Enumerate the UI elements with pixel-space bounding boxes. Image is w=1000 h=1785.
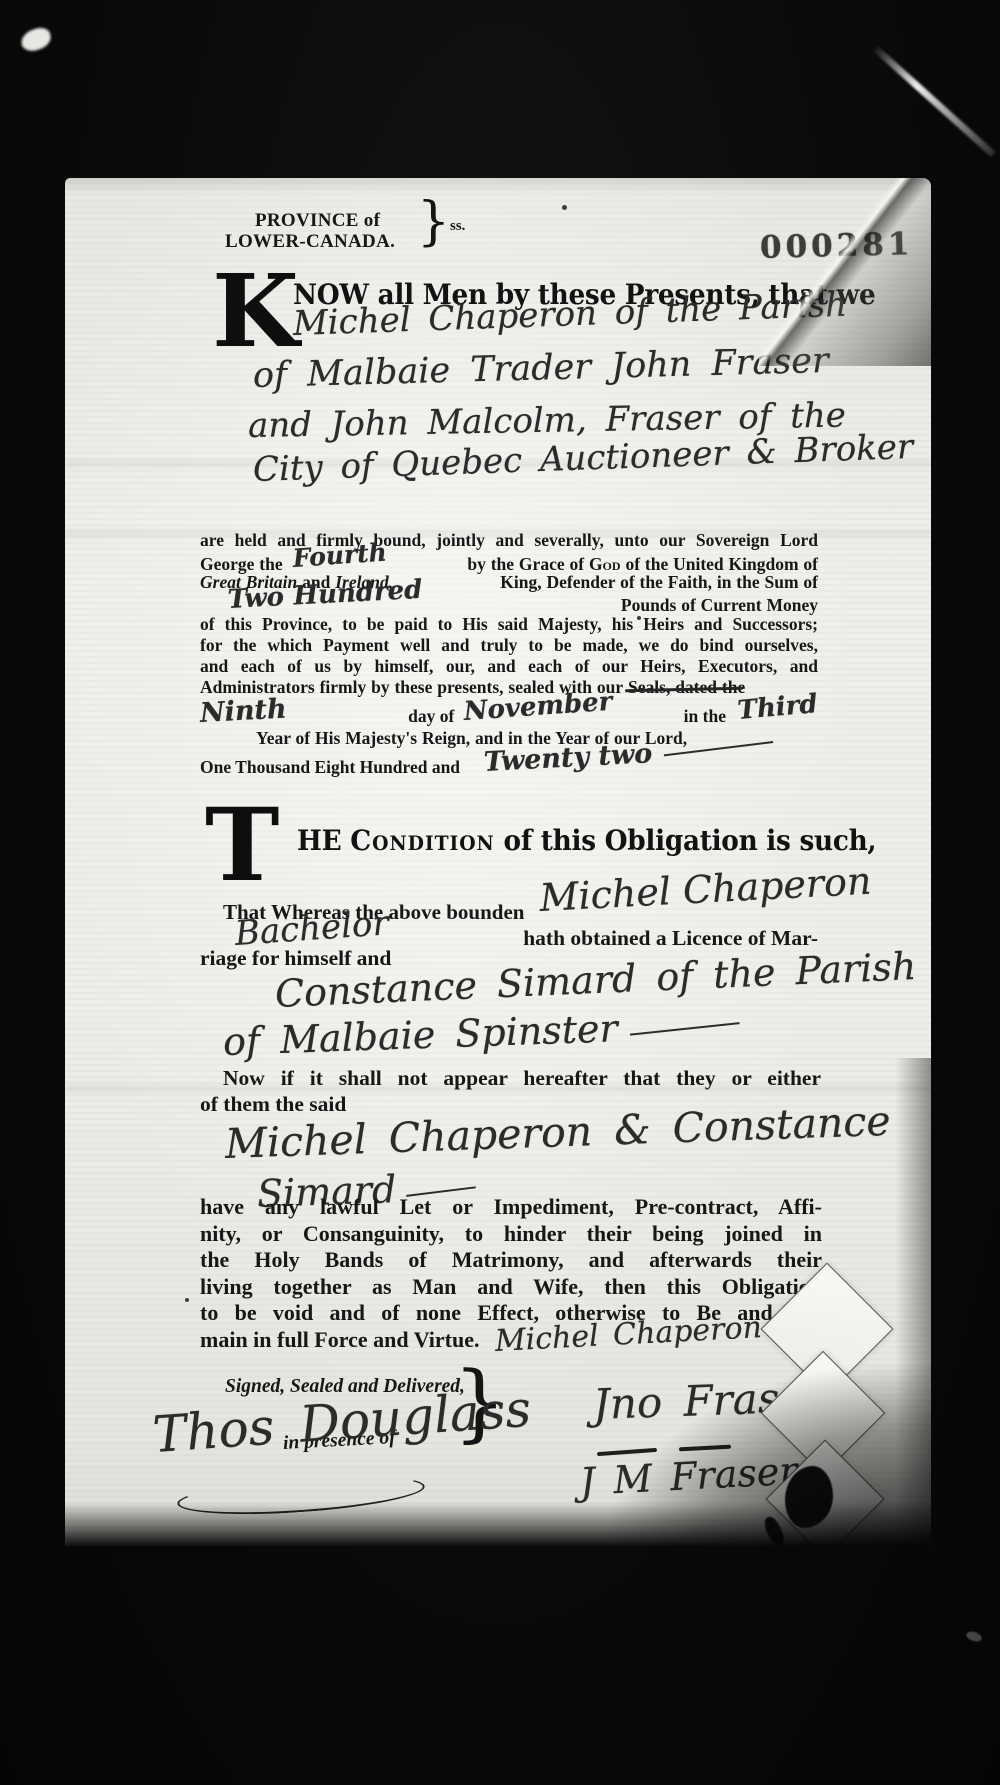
condition-heading-he: HE <box>297 824 350 857</box>
closing-line-2: nity, or Consanguinity, to hinder their … <box>200 1221 822 1248</box>
handwritten-fourth: Fourth <box>292 541 387 569</box>
handwritten-two-hundred: Two Hundred <box>227 580 423 611</box>
film-fleck-bottom-right <box>965 1630 983 1644</box>
obligor-handwritten-line-2: of Malbaie Trader John Fraser <box>252 341 829 396</box>
condition-heading-rest: of this Obligation is such, <box>495 824 877 857</box>
dropcap-t: T <box>205 804 279 886</box>
handwritten-ninth: Ninth <box>199 693 287 728</box>
paper-speck <box>185 1298 189 1302</box>
bond-paragraph: are held and firmly bound, jointly and s… <box>200 530 874 775</box>
bond-print-struck: Seals, dated <box>628 677 717 698</box>
closing-line-3: the Holy Bands of Matrimony, and afterwa… <box>200 1247 822 1274</box>
bond-text-line-11: One Thousand Eight Hundred and Twenty tw… <box>200 749 818 775</box>
province-header-line1: PROVINCE of <box>225 210 395 231</box>
condition-line-7: of them the said <box>200 1092 346 1117</box>
closing-line-1: have any lawful Let or Impediment, Pre-c… <box>200 1194 822 1221</box>
jurat-ss: ss. <box>450 218 465 235</box>
paper-bottom-shadow <box>65 1502 931 1546</box>
bond-text-line-4: Two Hundred Pounds of Current Money <box>200 593 818 614</box>
paper-speck <box>562 205 567 210</box>
condition-print: hath obtained a Licence of Mar- <box>523 926 818 951</box>
bond-print: Pounds of Current Money <box>621 595 818 616</box>
condition-heading: HE Condition of this Obligation is such, <box>297 824 876 857</box>
condition-line-6: Now if it shall not appear hereafter tha… <box>223 1066 821 1091</box>
corner-fold-shadow <box>759 178 931 366</box>
closing-line-4: living together as Man and Wife, then th… <box>200 1274 822 1301</box>
bond-text-line-9: Ninth day of November in the Third <box>200 698 818 728</box>
province-header: PROVINCE of LOWER-CANADA. <box>225 210 395 252</box>
bond-text-line-6: for the which Payment well and truly to … <box>200 635 818 656</box>
handwritten-third: Third <box>736 689 818 726</box>
document-scan: PROVINCE of LOWER-CANADA. } ss. 000281 K… <box>0 0 1000 1785</box>
province-header-line2: LOWER-CANADA. <box>225 231 395 252</box>
bond-document-page: PROVINCE of LOWER-CANADA. } ss. 000281 K… <box>65 178 931 1546</box>
bond-print: One Thousand Eight Hundred and <box>200 757 460 778</box>
condition-heading-condition: Condition <box>350 824 494 857</box>
handwritten-michel-chaperon-1: Michel Chaperon <box>539 859 873 920</box>
bond-text-line-5: of this Province, to be paid to His said… <box>200 614 818 635</box>
film-fleck-top-left <box>19 26 53 54</box>
bond-print: day of <box>408 706 454 727</box>
bond-print: King, Defender of the Faith, in the Sum … <box>500 572 818 593</box>
dropcap-k: K <box>212 270 299 352</box>
bond-text-line-7: and each of us by himself, our, and each… <box>200 656 818 677</box>
jurat-brace: } <box>417 196 450 248</box>
fold-light-streak <box>873 46 995 157</box>
bond-text-line-2: George the Fourth by the Grace of God of… <box>200 551 818 572</box>
bond-print: in the <box>684 706 726 727</box>
